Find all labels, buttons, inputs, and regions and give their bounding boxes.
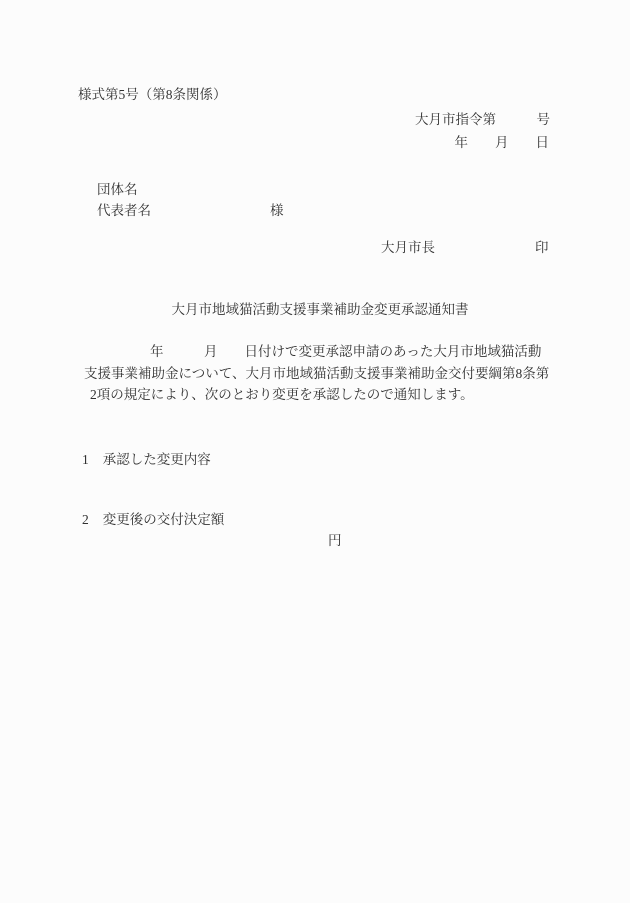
issuer-line: 大月市長 印 xyxy=(381,238,549,258)
item-2-gap xyxy=(89,523,103,524)
body-paragraph-line-1: 年 月 日付けで変更承認申請のあった大月市地域猫活動 xyxy=(150,342,541,362)
representative-name-label: 代表者名 xyxy=(97,201,151,221)
honorific-label: 様 xyxy=(270,201,284,221)
item-1: 1 承認した変更内容 xyxy=(82,450,211,470)
item-2-number: 2 xyxy=(82,510,89,530)
item-2-label: 変更後の交付決定額 xyxy=(103,510,225,530)
item-1-label: 承認した変更内容 xyxy=(103,450,211,470)
form-number: 様式第5号（第8条関係） xyxy=(78,85,227,105)
seal-label: 印 xyxy=(535,238,549,258)
item-1-gap xyxy=(89,463,103,464)
item-2: 2 変更後の交付決定額 xyxy=(82,510,224,530)
item-1-number: 1 xyxy=(82,450,89,470)
body-paragraph-line-3: 2項の規定により、次のとおり変更を承認したので通知します。 xyxy=(90,385,474,405)
organization-name-label: 団体名 xyxy=(97,180,138,200)
mayor-name-blank xyxy=(435,251,535,252)
document-title: 大月市地域猫活動支援事業補助金変更承認通知書 xyxy=(10,300,630,320)
document-page: 様式第5号（第8条関係） 大月市指令第 号 年 月 日 団体名 代表者名 様 大… xyxy=(0,0,630,903)
directive-number-line: 大月市指令第 号 xyxy=(415,110,550,130)
body-paragraph-line-2: 支援事業補助金について、大月市地域猫活動支援事業補助金交付要綱第8条第 xyxy=(84,364,549,384)
amount-unit-label: 円 xyxy=(328,531,342,551)
date-line: 年 月 日 xyxy=(455,133,550,153)
representative-line: 代表者名 様 xyxy=(97,201,284,221)
representative-name-blank xyxy=(151,214,270,215)
mayor-title-label: 大月市長 xyxy=(381,238,435,258)
